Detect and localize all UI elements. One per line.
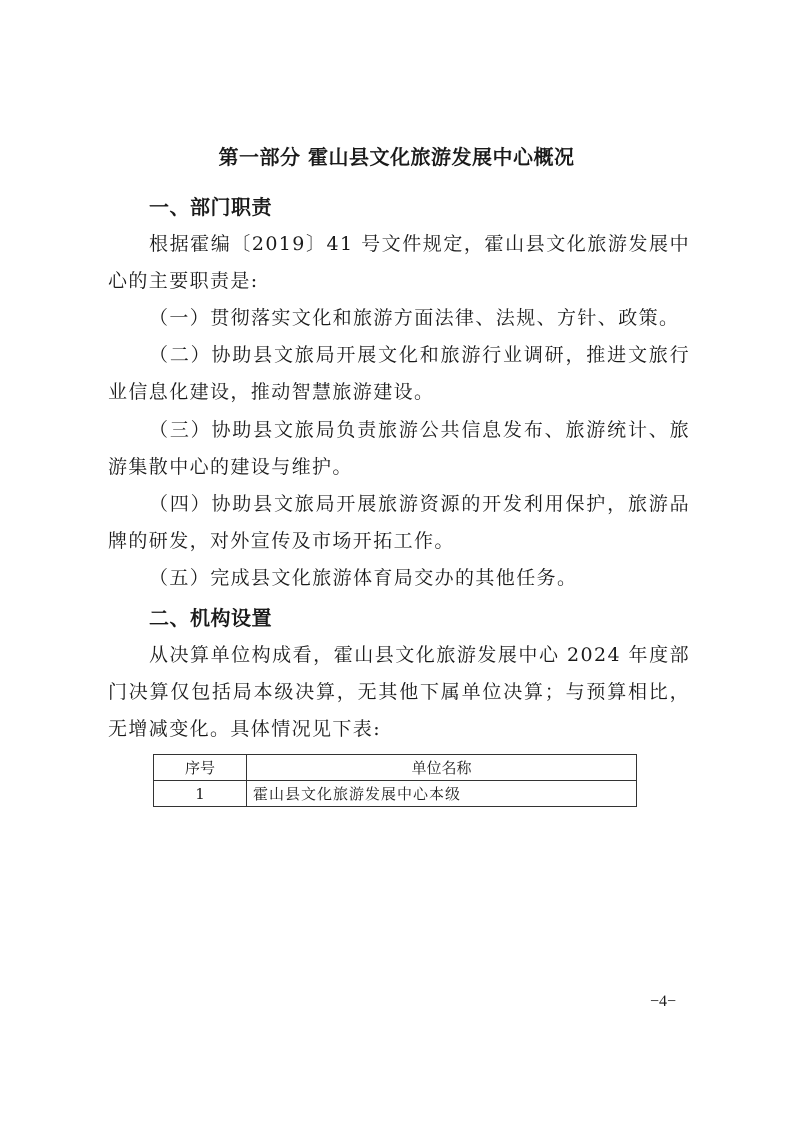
paragraph-structure: 从决算单位构成看，霍山县文化旅游发展中心 2024 年度部门决算仅包括局本级决算… [108, 637, 690, 748]
table-header-row: 序号 单位名称 [154, 755, 637, 781]
page-title: 第一部分 霍山县文化旅游发展中心概况 [0, 142, 793, 172]
unit-table: 序号 单位名称 1 霍山县文化旅游发展中心本级 [153, 754, 637, 807]
paragraph-duties-intro: 根据霍编〔2019〕41 号文件规定，霍山县文化旅游发展中心的主要职责是: [108, 226, 690, 300]
section-heading-duties: 一、部门职责 [149, 192, 272, 222]
paragraph-duty-3: （三）协助县文旅局负责旅游公共信息发布、旅游统计、旅游集散中心的建设与维护。 [108, 412, 690, 486]
paragraph-duty-4: （四）协助县文旅局开展旅游资源的开发利用保护，旅游品牌的研发，对外宣传及市场开拓… [108, 486, 690, 560]
column-header-unit-name: 单位名称 [247, 755, 637, 781]
column-header-number: 序号 [154, 755, 247, 781]
section-heading-structure: 二、机构设置 [149, 603, 272, 633]
cell-unit-name: 霍山县文化旅游发展中心本级 [247, 781, 637, 807]
page-number: −4− [650, 993, 676, 1011]
table-row: 1 霍山县文化旅游发展中心本级 [154, 781, 637, 807]
paragraph-duty-5: （五）完成县文化旅游体育局交办的其他任务。 [108, 560, 690, 597]
paragraph-duty-2: （二）协助县文旅局开展文化和旅游行业调研，推进文旅行业信息化建设，推动智慧旅游建… [108, 337, 690, 411]
paragraph-duty-1: （一）贯彻落实文化和旅游方面法律、法规、方针、政策。 [108, 300, 690, 337]
cell-number: 1 [154, 781, 247, 807]
